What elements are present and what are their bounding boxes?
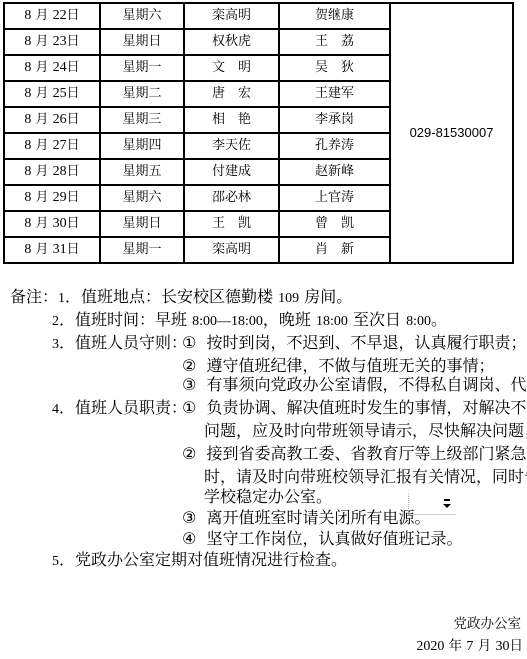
weekday-cell: 星期三 bbox=[100, 107, 184, 133]
circled-number: ③ bbox=[182, 508, 196, 527]
dash-icon bbox=[444, 499, 450, 501]
duty-item-continued: 学校稳定办公室。 bbox=[204, 487, 332, 507]
date-cell: 8 月 28日 bbox=[4, 159, 100, 185]
item-number: 1 bbox=[58, 291, 65, 306]
leader-cell: 文 明 bbox=[184, 55, 279, 81]
notes-item-4-title: 4．值班人员职责： bbox=[52, 398, 187, 420]
weekday-cell: 星期五 bbox=[100, 159, 184, 185]
leader-cell: 付建成 bbox=[184, 159, 279, 185]
rule-item: ② 遵守值班纪律，不做与值班无关的事情； bbox=[182, 356, 495, 376]
date-cell: 8 月 29日 bbox=[4, 185, 100, 211]
duty-time-text: 值班时间：早班 bbox=[75, 310, 192, 329]
night-shift-end: 8:00 bbox=[406, 314, 431, 329]
leader-cell: 王 凯 bbox=[184, 211, 279, 237]
staff-cell: 李承岗 bbox=[279, 107, 390, 133]
circled-number: ① bbox=[182, 333, 196, 352]
item-separator: ． bbox=[59, 333, 75, 352]
staff-cell: 肖 新 bbox=[279, 237, 390, 263]
notes-item-5: 5．党政办公室定期对值班情况进行检查。 bbox=[52, 550, 347, 572]
duty-text: 问题，应及时向带班领导请示，尽快解决问题； bbox=[204, 421, 527, 440]
circled-number: ③ bbox=[182, 375, 196, 394]
duty-text: 接到省委高教工委、省教育厅等上级部门紧急通知 bbox=[207, 444, 527, 463]
date-cell: 8 月 22日 bbox=[4, 3, 100, 29]
circled-number: ④ bbox=[182, 529, 196, 548]
duty-item-continued: 问题，应及时向带班领导请示，尽快解决问题； bbox=[204, 421, 527, 441]
duties-title: 值班人员职责： bbox=[75, 398, 187, 417]
inspection-text: 党政办公室定期对值班情况进行检查。 bbox=[75, 550, 347, 569]
circled-number: ① bbox=[182, 398, 196, 417]
duty-text: 离开值班室时请关闭所有电源。 bbox=[207, 508, 431, 527]
leader-cell: 李天佐 bbox=[184, 133, 279, 159]
item-number: 5 bbox=[52, 554, 59, 569]
notes-item-2: 2．值班时间：早班 8:00—18:00，晚班 18:00 至次日 8:00。 bbox=[52, 310, 447, 332]
weekday-cell: 星期日 bbox=[100, 29, 184, 55]
leader-cell: 唐 宏 bbox=[184, 81, 279, 107]
circled-number: ② bbox=[182, 356, 196, 375]
date-cell: 8 月 23日 bbox=[4, 29, 100, 55]
date-year-suffix: 年 bbox=[444, 638, 466, 654]
staff-cell: 上官涛 bbox=[279, 185, 390, 211]
rule-text: 有事须向党政办公室请假，不得私自调岗、代岗。 bbox=[207, 375, 527, 394]
date-day-suffix: 日 bbox=[510, 638, 524, 654]
chevron-down-icon bbox=[443, 504, 451, 508]
weekday-cell: 星期四 bbox=[100, 133, 184, 159]
staff-cell: 曾 凯 bbox=[279, 211, 390, 237]
item-separator: ． bbox=[59, 398, 75, 417]
staff-cell: 孔养涛 bbox=[279, 133, 390, 159]
duty-location-suffix: 房间。 bbox=[299, 287, 352, 306]
room-number: 109 bbox=[278, 291, 299, 306]
date-year: 2020 bbox=[416, 639, 444, 654]
duty-schedule-table: 8 月 22日 星期六 栾高明 贺继康 029-81530007 8 月 23日… bbox=[3, 2, 514, 264]
weekday-cell: 星期一 bbox=[100, 237, 184, 263]
date-cell: 8 月 27日 bbox=[4, 133, 100, 159]
paste-options-button[interactable] bbox=[408, 494, 456, 515]
date-month-suffix: 月 bbox=[473, 638, 495, 654]
weekday-cell: 星期二 bbox=[100, 81, 184, 107]
duty-text: 时，请及时向带班校领导汇报有关情况，同时告知 bbox=[204, 467, 527, 486]
leader-cell: 权秋虎 bbox=[184, 29, 279, 55]
staff-cell: 王 荔 bbox=[279, 29, 390, 55]
table-row: 8 月 22日 星期六 栾高明 贺继康 029-81530007 bbox=[4, 3, 513, 29]
weekday-cell: 星期日 bbox=[100, 211, 184, 237]
rule-text: 按时到岗，不迟到、不早退，认真履行职责； bbox=[207, 333, 527, 352]
date-cell: 8 月 31日 bbox=[4, 237, 100, 263]
leader-cell: 邵必林 bbox=[184, 185, 279, 211]
notes-item-1: 备注：1．值班地点：长安校区德勤楼 109 房间。 bbox=[10, 287, 352, 309]
item-separator: ． bbox=[65, 287, 81, 306]
phone-cell: 029-81530007 bbox=[390, 3, 513, 263]
duty-text: 坚守工作岗位，认真做好值班记录。 bbox=[207, 529, 463, 548]
duty-text: 负责协调、解决值班时发生的事情，对解决不了的 bbox=[207, 398, 527, 417]
date-cell: 8 月 30日 bbox=[4, 211, 100, 237]
duty-time-text: 至次日 bbox=[348, 310, 406, 329]
leader-cell: 栾高明 bbox=[184, 3, 279, 29]
leader-cell: 栾高明 bbox=[184, 237, 279, 263]
weekday-cell: 星期一 bbox=[100, 55, 184, 81]
duty-item: ② 接到省委高教工委、省教育厅等上级部门紧急通知 bbox=[182, 444, 527, 464]
notes-label: 备注： bbox=[10, 287, 58, 306]
item-separator: ． bbox=[59, 310, 75, 329]
circled-number: ② bbox=[182, 444, 196, 463]
notes-item-3-title: 3．值班人员守则： bbox=[52, 333, 187, 355]
item-number: 4 bbox=[52, 402, 59, 417]
date-cell: 8 月 26日 bbox=[4, 107, 100, 133]
staff-cell: 贺继康 bbox=[279, 3, 390, 29]
weekday-cell: 星期六 bbox=[100, 3, 184, 29]
staff-cell: 赵新峰 bbox=[279, 159, 390, 185]
rule-item: ① 按时到岗，不迟到、不早退，认真履行职责； bbox=[182, 333, 527, 353]
item-number: 3 bbox=[52, 337, 59, 352]
day-shift-time: 8:00—18:00 bbox=[192, 314, 263, 329]
staff-cell: 吴 狄 bbox=[279, 55, 390, 81]
item-number: 2 bbox=[52, 314, 59, 329]
duty-item-continued: 时，请及时向带班校领导汇报有关情况，同时告知 bbox=[204, 467, 527, 487]
signature-date: 2020 年 7 月 30日 bbox=[416, 634, 523, 655]
duty-text: 学校稳定办公室。 bbox=[204, 487, 332, 506]
leader-cell: 相 艳 bbox=[184, 107, 279, 133]
weekday-cell: 星期六 bbox=[100, 185, 184, 211]
item-separator: ． bbox=[59, 550, 75, 569]
staff-cell: 王建军 bbox=[279, 81, 390, 107]
duty-item: ④ 坚守工作岗位，认真做好值班记录。 bbox=[182, 529, 463, 549]
duty-time-text: 。 bbox=[431, 310, 447, 329]
date-cell: 8 月 24日 bbox=[4, 55, 100, 81]
rule-text: 遵守值班纪律，不做与值班无关的事情； bbox=[207, 356, 495, 375]
date-day: 30 bbox=[496, 639, 510, 654]
signature-office: 党政办公室 bbox=[454, 612, 522, 632]
duty-location-text: 值班地点：长安校区德勤楼 bbox=[81, 287, 278, 306]
duty-item: ① 负责协调、解决值班时发生的事情，对解决不了的 bbox=[182, 398, 527, 418]
night-shift-start: 18:00 bbox=[316, 314, 348, 329]
duty-item: ③ 离开值班室时请关闭所有电源。 bbox=[182, 508, 431, 528]
date-cell: 8 月 25日 bbox=[4, 81, 100, 107]
duty-time-text: ，晚班 bbox=[263, 310, 316, 329]
rule-item: ③ 有事须向党政办公室请假，不得私自调岗、代岗。 bbox=[182, 375, 527, 395]
rules-title: 值班人员守则： bbox=[75, 333, 187, 352]
